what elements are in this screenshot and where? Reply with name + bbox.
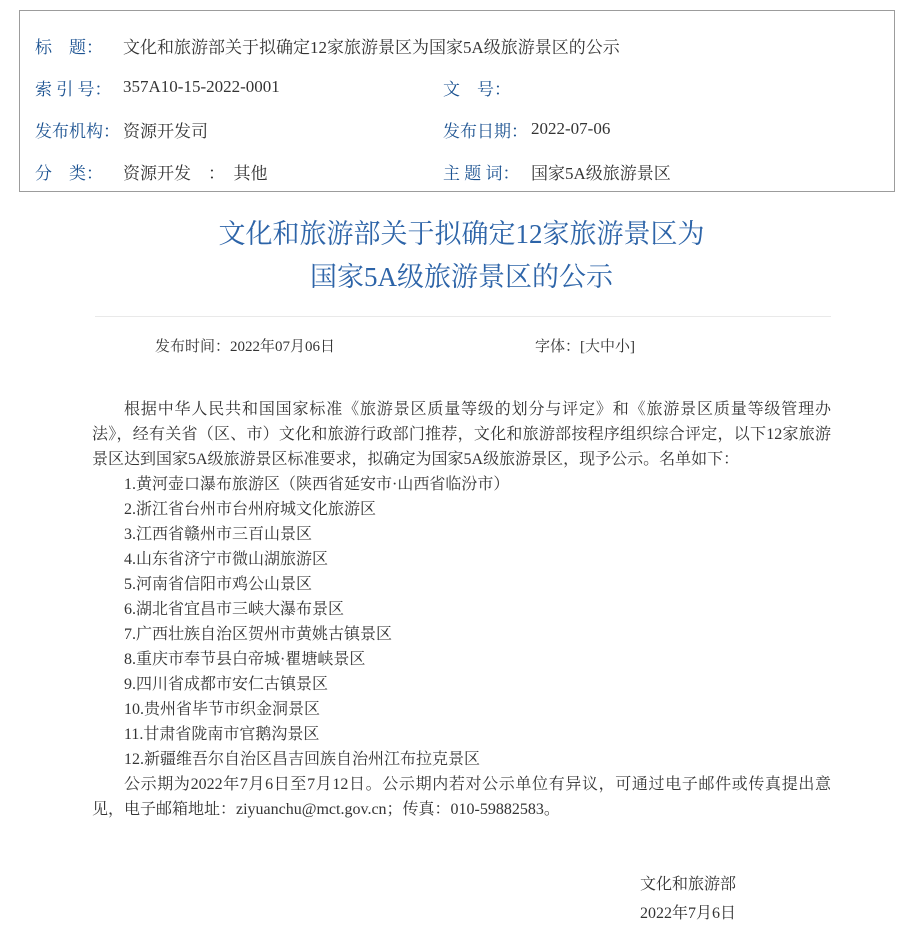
- scenic-area-item-8: 8.重庆市奉节县白帝城·瞿塘峡景区: [92, 647, 831, 672]
- scenic-area-item-1: 1.黄河壶口瀑布旅游区（陕西省延安市·山西省临汾市）: [92, 472, 831, 497]
- meta-pub-date-value: 2022-07-06: [531, 119, 610, 139]
- meta-cell-category: 分 类： 资源开发 ： 其他: [35, 159, 443, 184]
- publish-time-label: 发布时间：: [155, 339, 230, 355]
- meta-cell-subject: 主 题 词： 国家5A级旅游景区: [443, 159, 894, 184]
- font-size-label: 字体：: [535, 336, 580, 358]
- signature-block: 文化和旅游部 2022年7月6日: [598, 870, 778, 928]
- meta-row-title: 标 题： 文化和旅游部关于拟确定12家旅游景区为国家5A级旅游景区的公示: [20, 24, 894, 66]
- meta-cell-agency: 发布机构： 资源开发司: [35, 117, 443, 142]
- title-separator: [95, 316, 831, 317]
- meta-cell-doc-no: 文 号：: [443, 75, 894, 100]
- publish-time-value: 2022年07月06日: [230, 339, 335, 355]
- scenic-area-item-7: 7.广西壮族自治区贺州市黄姚古镇景区: [92, 622, 831, 647]
- document-title-line2: 国家5A级旅游景区的公示: [310, 262, 613, 292]
- notice-period-paragraph: 公示期为2022年7月6日至7月12日。公示期内若对公示单位有异议，可通过电子邮…: [92, 772, 831, 822]
- meta-agency-value: 资源开发司: [123, 117, 208, 142]
- document-page: 标 题： 文化和旅游部关于拟确定12家旅游景区为国家5A级旅游景区的公示 索 引…: [0, 0, 924, 933]
- scenic-area-item-9: 9.四川省成都市安仁古镇景区: [92, 672, 831, 697]
- body-intro-paragraph: 根据中华人民共和国国家标准《旅游景区质量等级的划分与评定》和《旅游景区质量等级管…: [92, 397, 831, 472]
- scenic-area-item-11: 11.甘肃省陇南市官鹅沟景区: [92, 722, 831, 747]
- meta-title-label: 标 题：: [35, 33, 123, 58]
- font-size-group: 字体：[大中小]: [535, 336, 635, 358]
- signature-date: 2022年7月6日: [598, 899, 778, 928]
- meta-cell-title: 标 题： 文化和旅游部关于拟确定12家旅游景区为国家5A级旅游景区的公示: [35, 33, 894, 58]
- meta-index-value: 357A10-15-2022-0001: [123, 77, 280, 97]
- document-meta-table: 标 题： 文化和旅游部关于拟确定12家旅游景区为国家5A级旅游景区的公示 索 引…: [19, 10, 895, 192]
- signature-org: 文化和旅游部: [598, 870, 778, 899]
- meta-pub-date-label: 发布日期：: [443, 117, 531, 142]
- scenic-area-item-2: 2.浙江省台州市台州府城文化旅游区: [92, 497, 831, 522]
- meta-category-value: 资源开发 ： 其他: [123, 159, 268, 184]
- scenic-area-item-4: 4.山东省济宁市微山湖旅游区: [92, 547, 831, 572]
- scenic-area-item-10: 10.贵州省毕节市织金洞景区: [92, 697, 831, 722]
- document-title-line1: 文化和旅游部关于拟确定12家旅游景区为: [219, 219, 705, 249]
- meta-subject-label: 主 题 词：: [443, 159, 531, 184]
- meta-subject-value: 国家5A级旅游景区: [531, 159, 671, 184]
- meta-row-agency: 发布机构： 资源开发司 发布日期： 2022-07-06: [20, 108, 894, 150]
- meta-row-index: 索 引 号： 357A10-15-2022-0001 文 号：: [20, 66, 894, 108]
- document-title: 文化和旅游部关于拟确定12家旅游景区为 国家5A级旅游景区的公示: [92, 213, 831, 299]
- meta-cell-index-no: 索 引 号： 357A10-15-2022-0001: [35, 75, 443, 100]
- meta-cell-pub-date: 发布日期： 2022-07-06: [443, 117, 894, 142]
- scenic-area-item-12: 12.新疆维吾尔自治区昌吉回族自治州江布拉克景区: [92, 747, 831, 772]
- meta-index-label: 索 引 号：: [35, 75, 123, 100]
- publish-time: 发布时间：2022年07月06日: [155, 336, 335, 358]
- scenic-area-item-5: 5.河南省信阳市鸡公山景区: [92, 572, 831, 597]
- meta-doc-no-label: 文 号：: [443, 75, 531, 100]
- publish-info-row: 发布时间：2022年07月06日 字体：[大中小]: [92, 336, 831, 358]
- scenic-area-item-3: 3.江西省赣州市三百山景区: [92, 522, 831, 547]
- meta-title-value: 文化和旅游部关于拟确定12家旅游景区为国家5A级旅游景区的公示: [123, 33, 620, 58]
- document-body: 根据中华人民共和国国家标准《旅游景区质量等级的划分与评定》和《旅游景区质量等级管…: [92, 397, 831, 822]
- scenic-area-item-6: 6.湖北省宜昌市三峡大瀑布景区: [92, 597, 831, 622]
- meta-agency-label: 发布机构：: [35, 117, 123, 142]
- meta-row-category: 分 类： 资源开发 ： 其他 主 题 词： 国家5A级旅游景区: [20, 150, 894, 192]
- font-size-control[interactable]: [大中小]: [580, 336, 635, 358]
- meta-category-label: 分 类：: [35, 159, 123, 184]
